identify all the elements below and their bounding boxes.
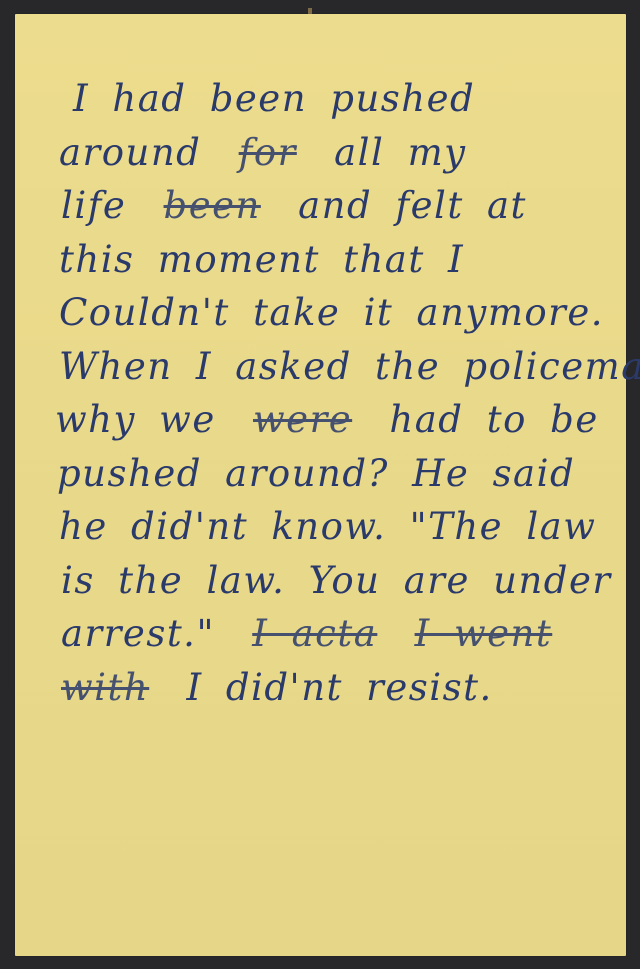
text-line-2: around for all my xyxy=(55,126,615,180)
handwritten-note-paper: I had been pushed around for all my life… xyxy=(15,14,626,956)
text-line-8: pushed around? He said xyxy=(55,447,615,501)
struck-word: were xyxy=(253,393,352,447)
line-segment: life xyxy=(61,179,126,233)
text-line-7: why we were had to be xyxy=(55,393,615,447)
text-line-6: When I asked the policeman xyxy=(55,340,615,394)
text-line-3: life been and felt at xyxy=(55,179,615,233)
text-line-5: Couldn't take it anymore. xyxy=(55,286,615,340)
text-line-9: he did'nt know. "The law xyxy=(55,500,615,554)
text-line-11: arrest." I acta I went xyxy=(55,607,615,661)
text-line-12: with I did'nt resist. xyxy=(55,661,615,715)
line-segment: he did'nt know. "The law xyxy=(59,500,596,554)
line-segment: arrest." xyxy=(61,607,215,661)
struck-word: I went xyxy=(415,607,553,661)
line-segment: When I asked the policeman xyxy=(59,340,640,394)
line-segment: is the law. You are under xyxy=(61,554,612,608)
line-segment: why we xyxy=(55,393,216,447)
struck-word: been xyxy=(164,179,261,233)
line-segment: Couldn't take it anymore. xyxy=(59,286,604,340)
struck-word: I acta xyxy=(252,607,377,661)
line-segment: I had been pushed xyxy=(73,72,475,126)
text-line-4: this moment that I xyxy=(55,233,615,287)
line-segment: had to be xyxy=(389,393,598,447)
line-segment: this moment that I xyxy=(59,233,464,287)
text-line-1: I had been pushed xyxy=(55,72,615,126)
line-segment: around xyxy=(59,126,201,180)
line-segment: pushed around? He said xyxy=(57,447,575,501)
struck-word: with xyxy=(61,661,149,715)
handwritten-text-block: I had been pushed around for all my life… xyxy=(55,72,615,714)
text-line-10: is the law. You are under xyxy=(55,554,615,608)
line-segment: and felt at xyxy=(298,179,527,233)
struck-word: for xyxy=(239,126,297,180)
line-segment: all my xyxy=(334,126,466,180)
line-segment: I did'nt resist. xyxy=(186,661,492,715)
